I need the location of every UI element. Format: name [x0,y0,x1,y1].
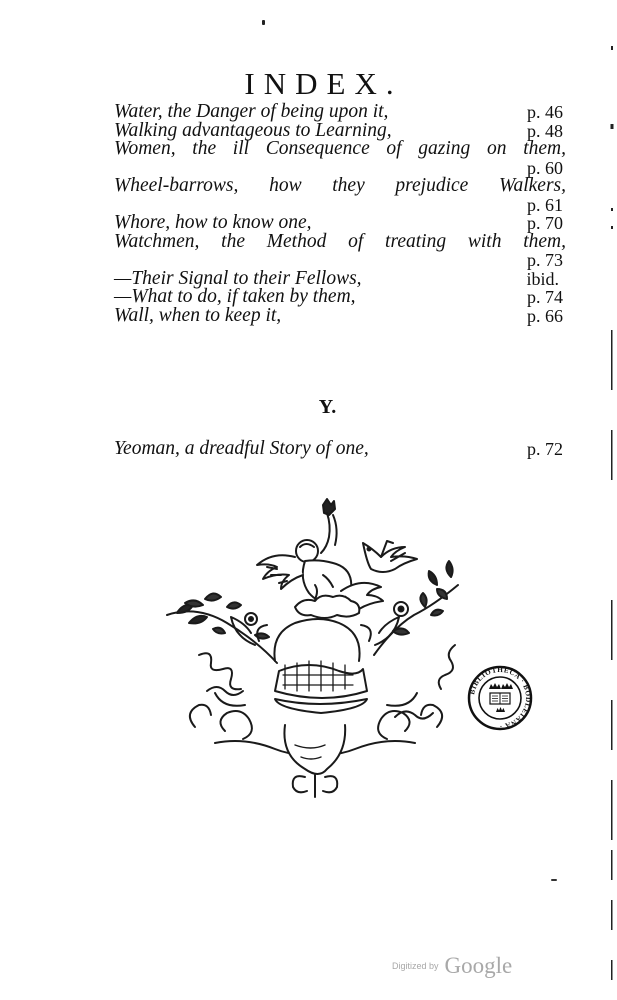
index-entry: Water, the Danger of being upon it, p. 4… [114,103,566,122]
scan-speck [551,879,557,881]
index-entry: Whore, how to know one, p. 70 [114,214,566,233]
book-page: INDEX. Water, the Danger of being upon i… [0,0,617,1000]
library-stamp-icon: BIBLIOTHECA · BODLEIANA · [467,665,533,731]
entry-page-ref: p. 46 [527,103,563,122]
entry-page-ref: p. 61 [527,196,563,215]
entry-title: Wheel-barrows, how they prejudice Walker… [114,177,566,196]
entry-title: —What to do, if taken by them, [114,288,356,307]
cherub-bird-floral-vignette-icon [155,495,470,825]
ink-speck [262,20,265,25]
index-entry: Yeoman, a dreadful Story of one, p. 72 [114,440,566,459]
digitized-label: Digitized by [392,961,439,971]
index-entry: Wall, when to keep it, p. 66 [114,307,566,326]
page-title: INDEX. [0,66,617,102]
digitized-by-watermark: Digitized by Google [392,953,512,979]
entry-page-ref: ibid. [526,270,559,289]
index-entry: Wheel-barrows, how they prejudice Walker… [114,177,566,196]
index-entry: Watchmen, the Method of treating with th… [114,233,566,252]
entry-title: Whore, how to know one, [114,214,312,233]
entry-title: Water, the Danger of being upon it, [114,103,388,122]
entry-page-ref: p. 70 [527,214,563,233]
index-section-w: Water, the Danger of being upon it, p. 4… [114,103,566,325]
page-edge-marks [610,0,614,1000]
index-entry: Women, the ill Consequence of gazing on … [114,140,566,159]
entry-page-ref: p. 66 [527,307,563,326]
entry-title: Watchmen, the Method of treating with th… [114,233,566,252]
index-section-y: Yeoman, a dreadful Story of one, p. 72 [114,440,566,459]
index-subentry: —What to do, if taken by them, p. 74 [114,288,566,307]
entry-page-ref: p. 73 [527,251,563,270]
section-letter-heading: Y. [0,396,617,419]
entry-title: Women, the ill Consequence of gazing on … [114,140,566,159]
entry-title: Yeoman, a dreadful Story of one, [114,440,369,459]
entry-page-ref: p. 74 [527,288,563,307]
entry-page-ref: p. 72 [527,440,563,459]
google-logo: Google [445,953,513,978]
index-entry-continuation: p. 73 [114,251,566,270]
entry-title: Wall, when to keep it, [114,307,281,326]
